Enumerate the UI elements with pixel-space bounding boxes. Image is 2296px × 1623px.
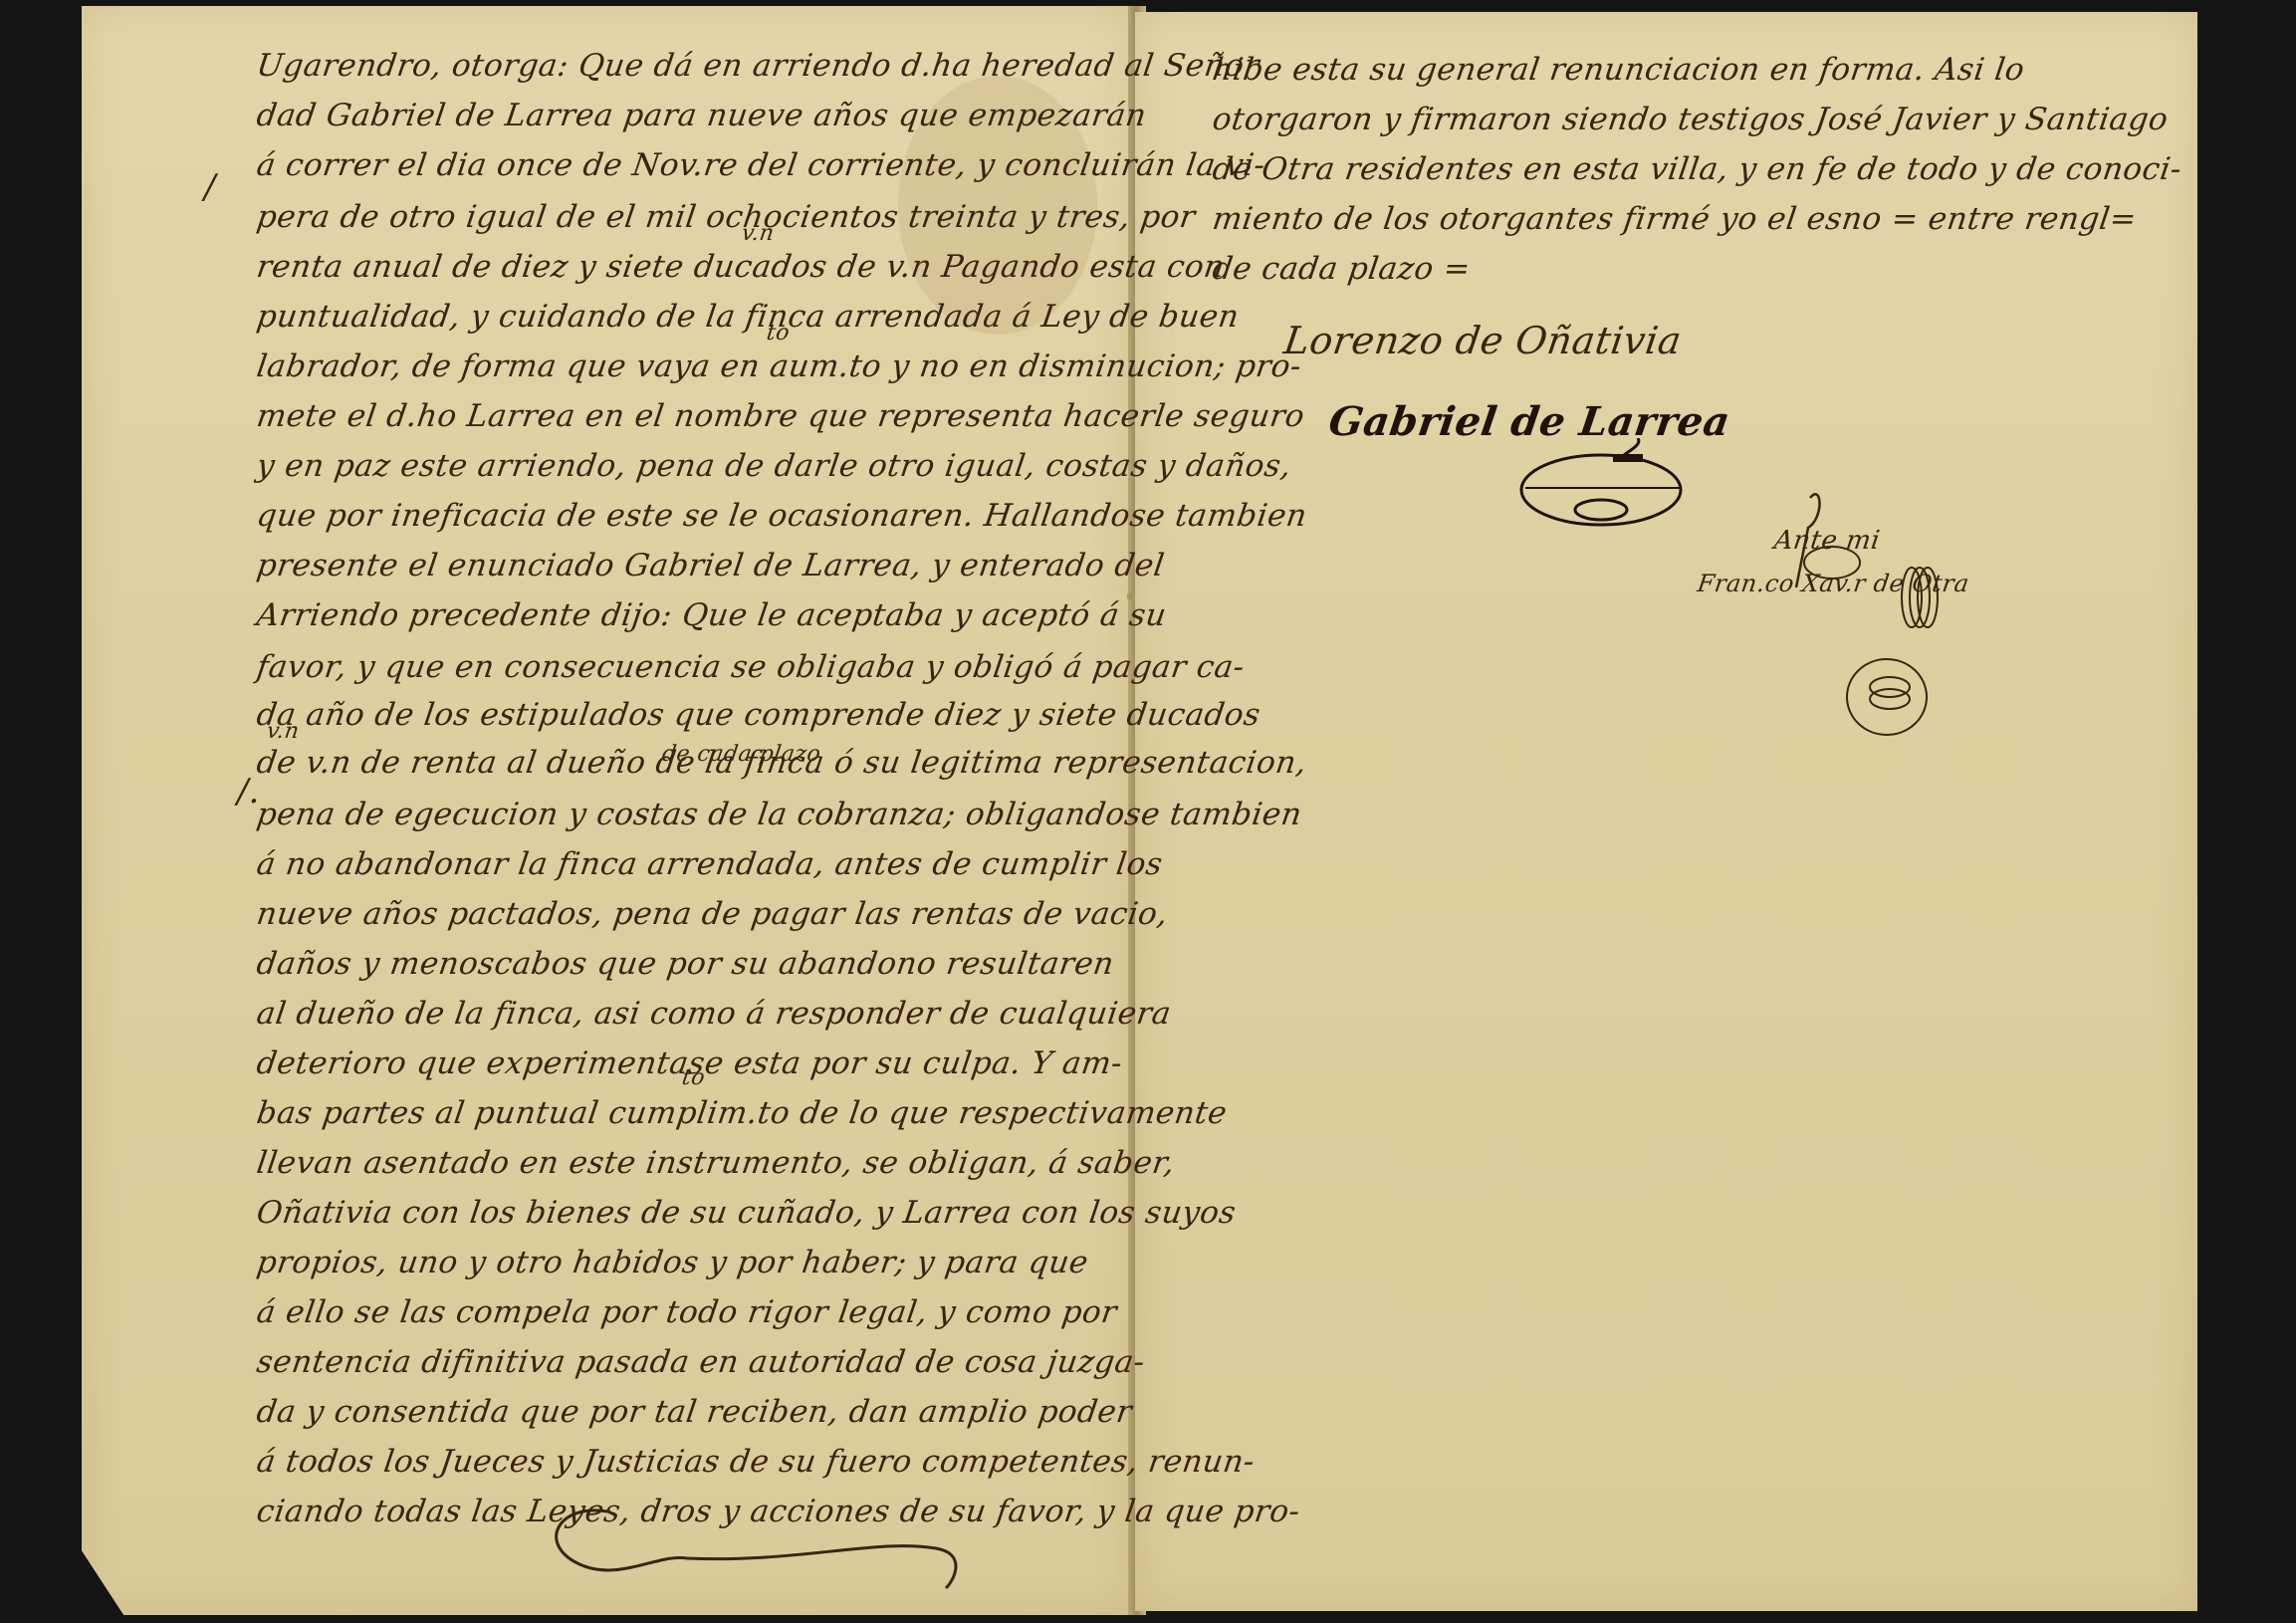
text-line: al dueño de la finca, asi como á respond… (254, 996, 1173, 1032)
signature-onativia: Lorenzo de Oñativia (1281, 319, 1685, 362)
text-line: mete el d.ho Larrea en el nombre que rep… (254, 398, 1306, 434)
text-line: dad Gabriel de Larrea para nueve años qu… (254, 98, 1148, 133)
text-line: miento de los otorgantes firmé yo el esn… (1210, 201, 2139, 237)
interlinear-note: to (765, 321, 792, 346)
margin-mark: / (204, 167, 215, 207)
text-line: llevan asentado en este instrumento, se … (254, 1145, 1177, 1181)
text-line: presente el enunciado Gabriel de Larrea,… (254, 548, 1166, 583)
text-line: da y consentida que por tal reciben, dan… (254, 1394, 1134, 1430)
text-line: de Otra residentes en esta villa, y en f… (1210, 151, 2183, 187)
text-line: y en paz este arriendo, pena de darle ot… (254, 448, 1293, 484)
text-line: propios, uno y otro habidos y por haber;… (254, 1245, 1090, 1280)
closing-flourish-icon (538, 1504, 996, 1593)
text-line: Oñativia con los bienes de su cuñado, y … (254, 1195, 1238, 1231)
text-line: renta anual de diez y siete ducados de v… (254, 249, 1227, 285)
larrea-rubric-icon (1513, 438, 1693, 548)
text-line: labrador, de forma que vaya en aum.to y … (254, 348, 1303, 384)
margin-mark: /. (237, 772, 259, 811)
interlinear-note: to (680, 1065, 707, 1090)
interlinear-note: v.n (265, 719, 301, 744)
text-line: pera de otro igual de el mil ochocientos… (254, 199, 1197, 235)
text-line: hibe esta su general renunciacion en for… (1210, 52, 2026, 88)
text-line: que por ineficacia de este se le ocasion… (254, 498, 1309, 534)
text-line: á no abandonar la finca arrendada, antes… (254, 846, 1164, 882)
text-line: da año de los estipulados que comprende … (254, 697, 1263, 733)
interlinear-note: v.n (740, 221, 776, 246)
text-line: á ello se las compela por todo rigor leg… (254, 1294, 1119, 1330)
text-line: nueve años pactados, pena de pagar las r… (254, 896, 1170, 932)
text-line: Ugarendro, otorga: Que dá en arriendo d.… (254, 48, 1262, 84)
text-line: otorgaron y firmaron siendo testigos Jos… (1210, 102, 2170, 137)
notary-rubric-icon (1762, 488, 1961, 737)
text-line: á todos los Jueces y Justicias de su fue… (254, 1444, 1257, 1480)
text-line: pena de egecucion y costas de la cobranz… (254, 797, 1303, 832)
text-line: sentencia difinitiva pasada en autoridad… (254, 1344, 1147, 1380)
text-line: puntualidad, y cuidando de la finca arre… (254, 299, 1241, 335)
text-line: daños y menoscabos que por su abandono r… (254, 946, 1116, 982)
text-line: favor, y que en consecuencia se obligaba… (254, 649, 1247, 685)
text-line: de cada plazo = (1210, 251, 1473, 287)
interlinear-note: de cada plazo (660, 742, 822, 767)
text-line: Arriendo precedente dijo: Que le aceptab… (254, 597, 1168, 633)
text-line: á correr el dia once de Nov.re del corri… (254, 147, 1267, 183)
text-line: bas partes al puntual cumplim.to de lo q… (254, 1095, 1229, 1131)
